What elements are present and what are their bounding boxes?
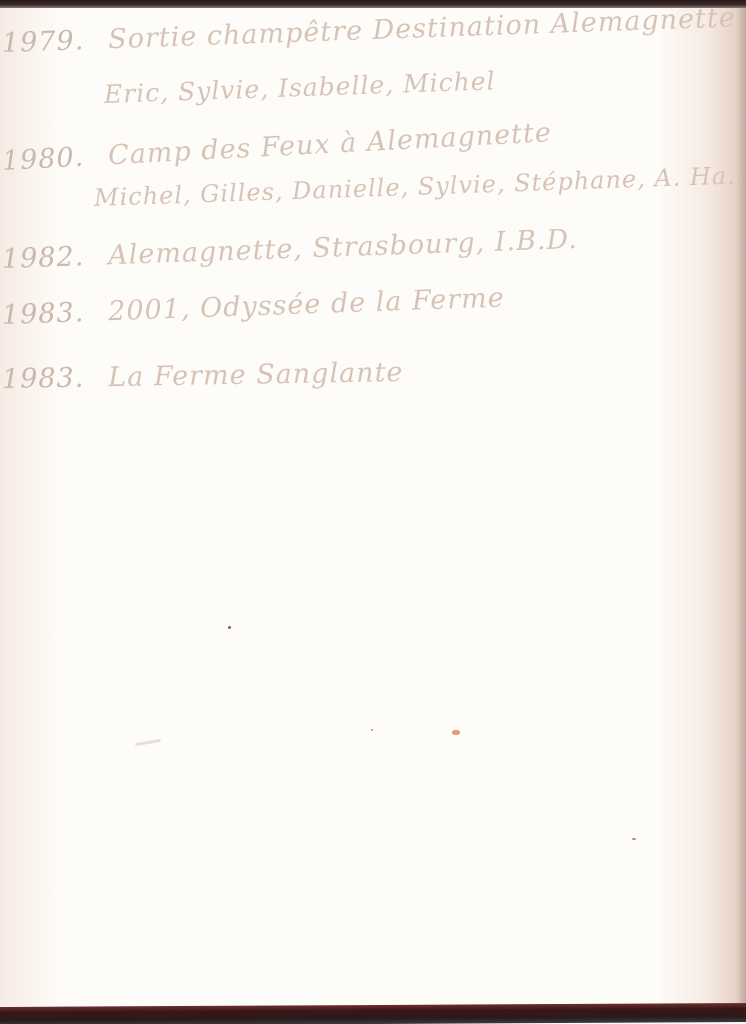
entry-1983-a: 1983.2001, Odyssée de la Ferme <box>1 282 505 331</box>
ink-speck <box>228 626 231 629</box>
dust-speck <box>632 838 636 840</box>
entry-1979-names: Eric, Sylvie, Isabelle, Michel <box>103 66 495 109</box>
entry-text: Camp des Feux à Alemagnette <box>107 117 552 171</box>
entry-text: Sortie champêtre Destination Alemagnette <box>108 2 737 55</box>
entries-list: 1979.Sortie champêtre Destination Alemag… <box>0 8 746 1006</box>
notebook-page: 1979.Sortie champêtre Destination Alemag… <box>0 8 746 1006</box>
entry-text: Alemagnette, Strasbourg, I.B.D. <box>108 224 579 271</box>
entry-year: 1980. <box>1 142 85 177</box>
dust-speck <box>371 729 373 731</box>
entry-1983-b: 1983.La Ferme Sanglante <box>2 357 404 395</box>
bottom-page-edge <box>0 1003 746 1024</box>
entry-year: 1979. <box>1 25 84 59</box>
entry-text: Eric, Sylvie, Isabelle, Michel <box>103 66 495 109</box>
entry-1980: 1980.Camp des Feux à Alemagnette <box>1 117 552 177</box>
entry-year: 1982. <box>1 241 84 275</box>
entry-year: 1983. <box>2 363 85 395</box>
entry-1980-names: Michel, Gilles, Danielle, Sylvie, Stépha… <box>94 161 746 212</box>
entry-1979: 1979.Sortie champêtre Destination Alemag… <box>1 2 736 59</box>
entry-year: 1983. <box>1 297 84 331</box>
entry-text: La Ferme Sanglante <box>108 357 404 393</box>
entry-text: Michel, Gilles, Danielle, Sylvie, Stépha… <box>94 161 746 212</box>
entry-text: 2001, Odyssée de la Ferme <box>108 282 506 327</box>
entry-1982: 1982.Alemagnette, Strasbourg, I.B.D. <box>1 224 578 275</box>
stain-speck <box>452 730 460 735</box>
